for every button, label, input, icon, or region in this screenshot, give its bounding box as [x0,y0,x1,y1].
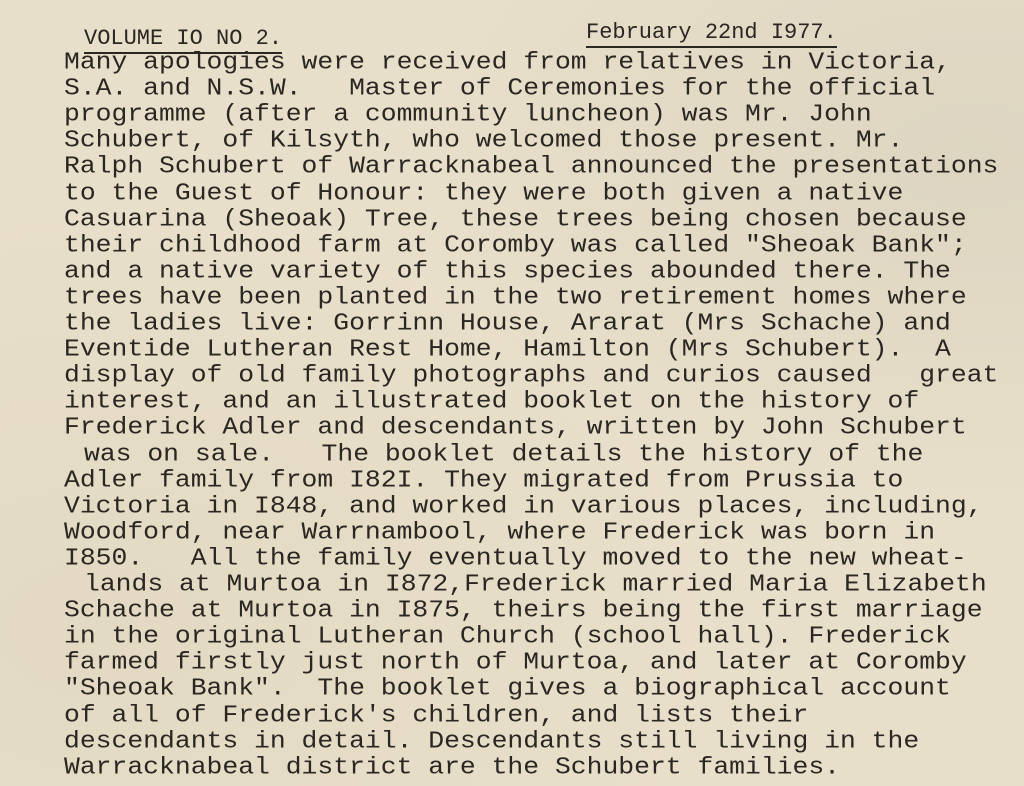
text-line: descendants in detail. Descendants still… [64,729,919,752]
text-line: interest, and an illustrated booklet on … [64,390,919,413]
text-line: farmed firstly just north of Murtoa, and… [64,651,967,674]
text-line: Casuarina (Sheoak) Tree, these trees bei… [64,207,967,230]
text-line: Schache at Murtoa in I875, theirs being … [64,598,983,621]
text-line: and a native variety of this species abo… [64,259,951,282]
text-line: I850. All the family eventually moved to… [64,546,967,569]
text-line: Victoria in I848, and worked in various … [64,494,983,517]
text-line: "Sheoak Bank". The booklet gives a biogr… [64,677,951,700]
text-line: was on sale. The booklet details the his… [84,442,923,465]
text-line: Schubert, of Kilsyth, who welcomed those… [64,129,903,152]
text-line: programme (after a community luncheon) w… [64,102,872,125]
text-line: Many apologies were received from relati… [64,50,951,73]
text-line: their childhood farm at Coromby was call… [64,233,967,256]
text-line: to the Guest of Honour: they were both g… [64,181,903,204]
text-line: S.A. and N.S.W. Master of Ceremonies for… [64,76,935,99]
text-line: Warracknabeal district are the Schubert … [64,755,840,778]
text-line: of all of Frederick's children, and list… [64,703,808,726]
text-line: Adler family from I82I. They migrated fr… [64,468,903,491]
text-line: the ladies live: Gorrinn House, Ararat (… [64,311,951,334]
text-line: Woodford, near Warrnambool, where Freder… [64,520,935,543]
typed-document-page: VOLUME IO NO 2. February 22nd I977. Many… [0,0,1024,786]
text-line: display of old family photographs and cu… [64,363,998,386]
text-line: trees have been planted in the two retir… [64,285,967,308]
text-line: lands at Murtoa in I872,Frederick marrie… [84,572,987,595]
text-line: in the original Lutheran Church (school … [64,624,951,647]
text-line: Eventide Lutheran Rest Home, Hamilton (M… [64,337,951,360]
issue-date: February 22nd I977. [586,20,837,48]
text-line: Frederick Adler and descendants, written… [64,416,967,439]
text-line: Ralph Schubert of Warracknabeal announce… [64,155,998,178]
